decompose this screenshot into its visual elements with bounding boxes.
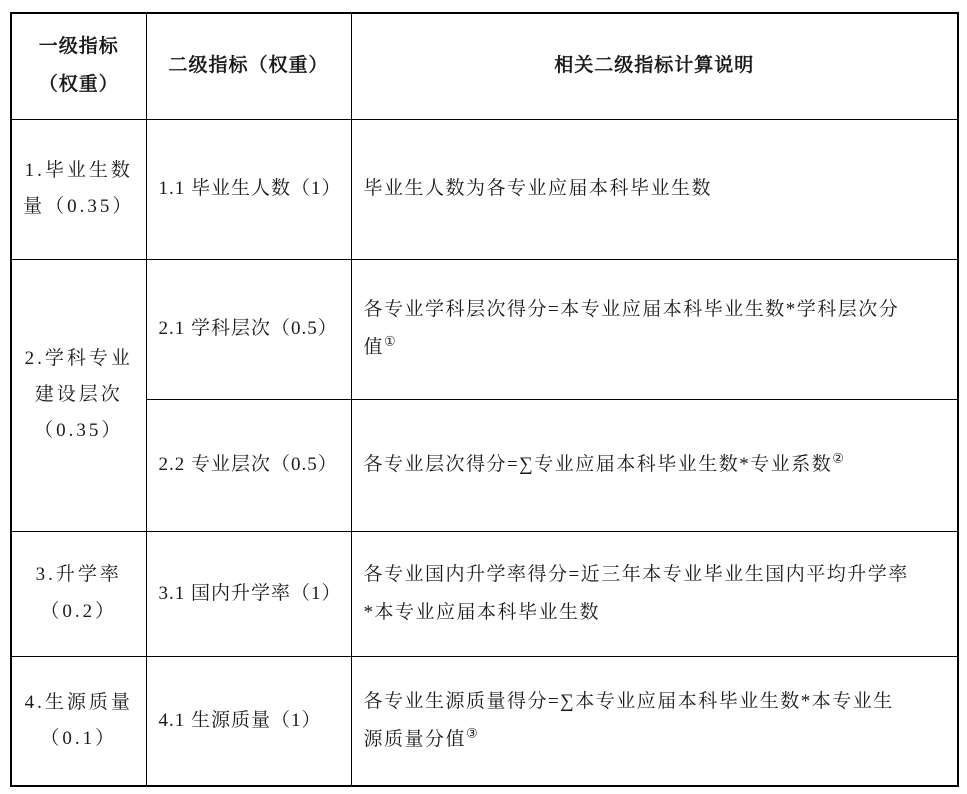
cell-calc-domestic-advancement-rate: 各专业国内升学率得分=近三年本专业毕业生国内平均升学率 *本专业应届本科毕业生数: [351, 531, 958, 656]
indicator-weight-table: 一级指标 （权重） 二级指标（权重） 相关二级指标计算说明 1.毕业生数 量（0…: [10, 12, 959, 787]
cell-level2-student-source-quality: 4.1 生源质量（1）: [146, 656, 351, 786]
footnote-marker-3: ③: [466, 725, 478, 740]
header-level1-indicator: 一级指标 （权重）: [11, 13, 146, 119]
cell-calc-graduate-headcount: 毕业生人数为各专业应届本科毕业生数: [351, 119, 958, 259]
calc-text: 各专业生源质量得分=∑本专业应届本科毕业生数*本专业生 源质量分值: [364, 691, 894, 750]
cell-level1-graduate-count: 1.毕业生数 量（0.35）: [11, 119, 146, 259]
calc-text: 各专业学科层次得分=本专业应届本科毕业生数*学科层次分 值: [364, 299, 900, 358]
table-row-graduate-count: 1.毕业生数 量（0.35） 1.1 毕业生人数（1） 毕业生人数为各专业应届本…: [11, 119, 958, 259]
cell-level2-domestic-advancement-rate: 3.1 国内升学率（1）: [146, 531, 351, 656]
table-row-student-source-quality: 4.生源质量 （0.1） 4.1 生源质量（1） 各专业生源质量得分=∑本专业应…: [11, 656, 958, 786]
cell-calc-major-level: 各专业层次得分=∑专业应届本科毕业生数*专业系数②: [351, 399, 958, 531]
table-header-row: 一级指标 （权重） 二级指标（权重） 相关二级指标计算说明: [11, 13, 958, 119]
cell-level1-advancement-rate: 3.升学率 （0.2）: [11, 531, 146, 656]
header-calc-description: 相关二级指标计算说明: [351, 13, 958, 119]
cell-level1-student-source-quality: 4.生源质量 （0.1）: [11, 656, 146, 786]
cell-level1-discipline-construction: 2.学科专业 建设层次 （0.35）: [11, 259, 146, 531]
document-page: 一级指标 （权重） 二级指标（权重） 相关二级指标计算说明 1.毕业生数 量（0…: [0, 0, 967, 794]
calc-text: 各专业国内升学率得分=近三年本专业毕业生国内平均升学率 *本专业应届本科毕业生数: [364, 564, 909, 623]
calc-text: 毕业生人数为各专业应届本科毕业生数: [364, 178, 713, 199]
cell-calc-discipline-level: 各专业学科层次得分=本专业应届本科毕业生数*学科层次分 值①: [351, 259, 958, 399]
table-row-advancement-rate: 3.升学率 （0.2） 3.1 国内升学率（1） 各专业国内升学率得分=近三年本…: [11, 531, 958, 656]
cell-level2-discipline-level: 2.1 学科层次（0.5）: [146, 259, 351, 399]
table-row-major-level: 2.2 专业层次（0.5） 各专业层次得分=∑专业应届本科毕业生数*专业系数②: [11, 399, 958, 531]
cell-calc-student-source-quality: 各专业生源质量得分=∑本专业应届本科毕业生数*本专业生 源质量分值③: [351, 656, 958, 786]
cell-level2-major-level: 2.2 专业层次（0.5）: [146, 399, 351, 531]
table-row-discipline-level: 2.学科专业 建设层次 （0.35） 2.1 学科层次（0.5） 各专业学科层次…: [11, 259, 958, 399]
cell-level2-graduate-headcount: 1.1 毕业生人数（1）: [146, 119, 351, 259]
footnote-marker-1: ①: [384, 334, 396, 349]
footnote-marker-2: ②: [832, 451, 844, 466]
calc-text: 各专业层次得分=∑专业应届本科毕业生数*专业系数: [364, 454, 833, 475]
header-level2-indicator: 二级指标（权重）: [146, 13, 351, 119]
